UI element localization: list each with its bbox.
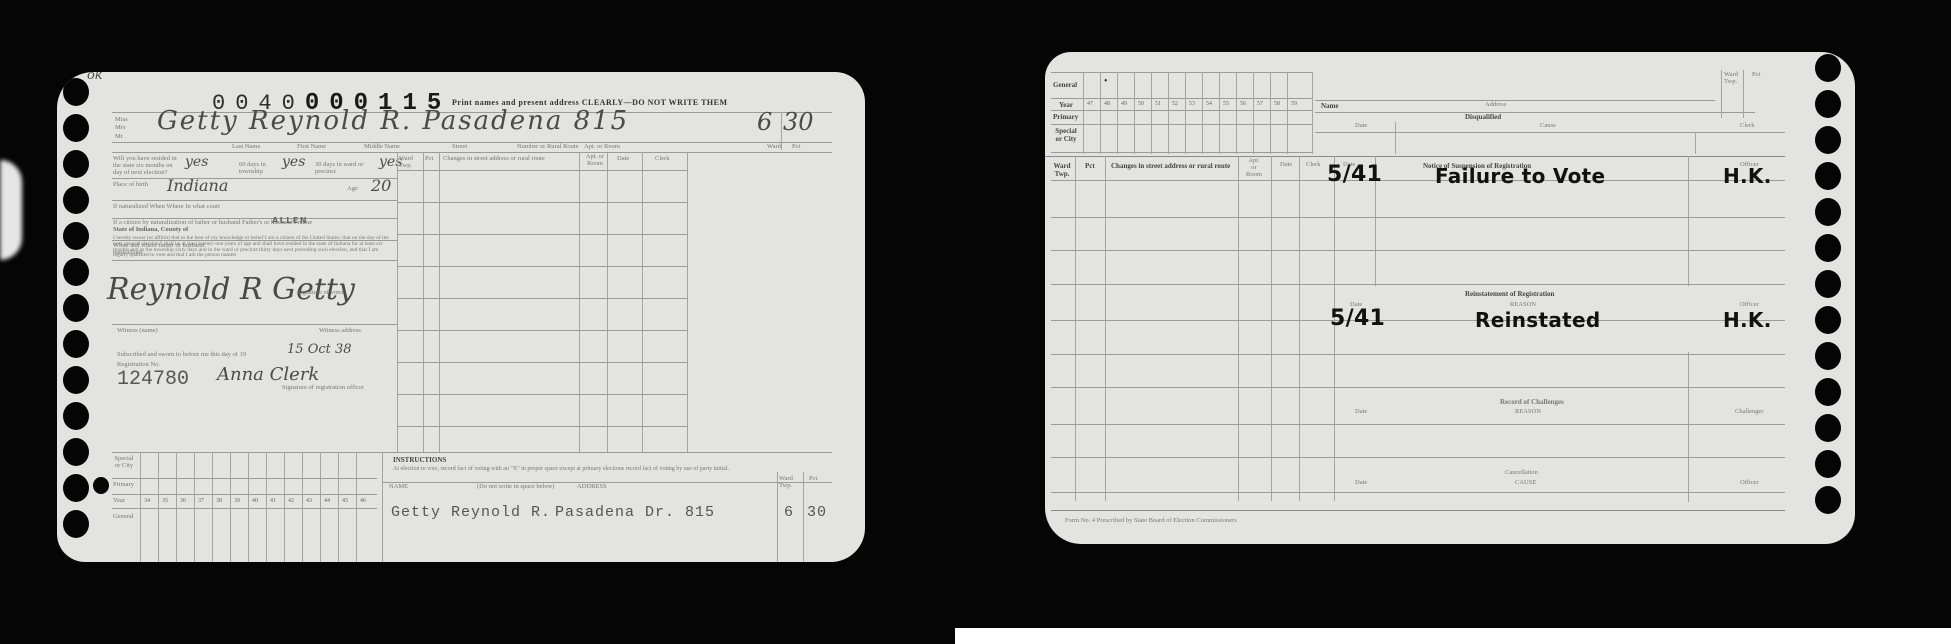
suspension-officer: H.K. [1723, 164, 1772, 188]
punch-hole [63, 114, 89, 142]
punch-hole [1815, 450, 1841, 478]
handwritten-name-address: Getty Reynold R. Pasadena 815 [157, 106, 629, 136]
vote-mark: • [1104, 76, 1108, 87]
punch-hole [63, 510, 89, 538]
punch-hole [63, 366, 89, 394]
registration-number: 124780 [117, 368, 189, 391]
punch-hole [1815, 54, 1841, 82]
scan-edge-strip [955, 628, 1951, 644]
reinstatement-reason: Reinstated [1475, 308, 1600, 332]
suspension-date: 5/41 [1327, 162, 1382, 187]
punch-hole [1815, 162, 1841, 190]
punch-hole [63, 150, 89, 178]
punch-hole [63, 222, 89, 250]
reinstatement-date: 5/41 [1330, 306, 1385, 331]
punch-hole [1815, 414, 1841, 442]
punch-hole [1815, 90, 1841, 118]
county-value: ALLEN [272, 216, 308, 225]
reinstatement-officer: H.K. [1723, 308, 1772, 332]
oath-text: I hereby swear (or affirm) that to the b… [113, 236, 393, 259]
punch-hole [63, 186, 89, 214]
subscribed-date: 15 Oct 38 [287, 342, 352, 357]
punch-hole-small [93, 477, 109, 494]
pct-value: 30 [783, 108, 814, 136]
punch-hole [63, 402, 89, 430]
typed-ward: 6 [784, 504, 794, 521]
registration-card-front: ok 0040000115 Print names and present ad… [57, 72, 865, 562]
punch-hole [1815, 306, 1841, 334]
punch-hole [1815, 342, 1841, 370]
punch-hole [1815, 270, 1841, 298]
punch-hole [63, 474, 89, 502]
scan-artifact [0, 160, 22, 260]
registration-card-back: General Year Primary Special or City • 4… [1045, 52, 1855, 544]
corner-mark: ok [87, 72, 103, 83]
punch-hole [1815, 234, 1841, 262]
punch-hole [63, 294, 89, 322]
officer-signature: Anna Clerk [217, 364, 319, 385]
punch-hole [63, 438, 89, 466]
voting-history-grid: General Year Primary Special or City • 4… [1051, 72, 1313, 154]
punch-hole [1815, 126, 1841, 154]
ward-value: 6 [757, 108, 772, 136]
suspension-reason: Failure to Vote [1435, 164, 1605, 188]
punch-hole [1815, 378, 1841, 406]
punch-hole [63, 258, 89, 286]
punch-hole [1815, 198, 1841, 226]
punch-hole [1815, 486, 1841, 514]
form-footer: Form No. 4 Prescribed by State Board of … [1065, 518, 1237, 525]
punch-hole [63, 78, 89, 106]
typed-pct: 30 [807, 504, 827, 521]
title-options: MissMrsMr [115, 116, 128, 141]
punch-hole [63, 330, 89, 358]
voting-history-grid: Special or City Primary Year General 34 … [112, 452, 377, 562]
typed-name: Getty Reynold R. [391, 504, 551, 521]
typed-address: Pasadena Dr. 815 [555, 504, 715, 521]
